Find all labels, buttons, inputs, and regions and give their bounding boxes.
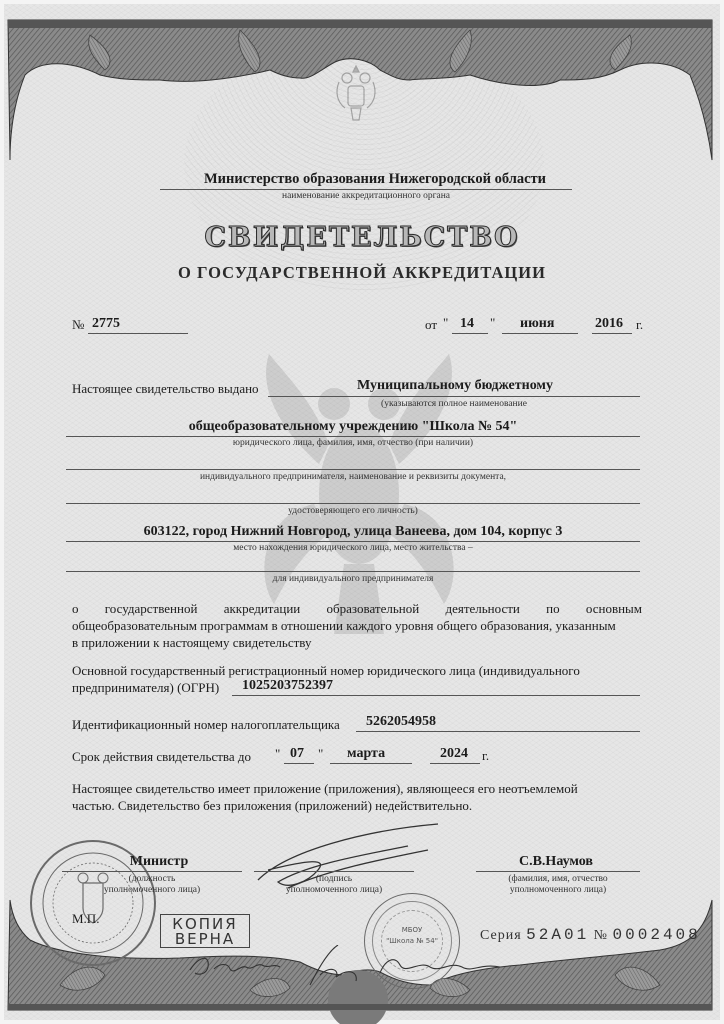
underline [330, 763, 412, 764]
underline [66, 436, 640, 437]
accreditation-text-line-3: в приложении к настоящему свидетельству [72, 634, 642, 651]
quote: " [318, 746, 323, 762]
signer-name: С.В.Наумов [476, 854, 636, 870]
caption: уполномоченного лица) [254, 885, 414, 895]
issuing-body-caption: наименование аккредитационного органа [160, 191, 572, 201]
underline [88, 333, 188, 334]
series-value: 52А01 [526, 926, 589, 944]
underline [66, 469, 640, 470]
appendix-note-line-1: Настоящее свидетельство имеет приложение… [72, 780, 642, 797]
caption: уполномоченного лица) [62, 885, 242, 895]
underline [284, 763, 314, 764]
document-title: СВИДЕТЕЛЬСТВО [0, 222, 724, 253]
issued-to-label: Настоящее свидетельство выдано [72, 381, 259, 397]
school-stamp-line-1: МБОУ [365, 926, 459, 934]
underline [430, 763, 480, 764]
school-stamp-line-2: "Школа № 54" [365, 937, 459, 945]
underline [66, 541, 640, 542]
year-suffix: г. [636, 317, 643, 333]
issue-year: 2016 [595, 316, 623, 332]
underline [254, 871, 414, 872]
underline [356, 731, 640, 732]
valid-until-year: 2024 [440, 746, 468, 762]
underline [160, 189, 572, 190]
quote: " [490, 315, 495, 331]
underline [66, 571, 640, 572]
caption: (фамилия, имя, отчество [476, 874, 640, 884]
underline [592, 333, 632, 334]
caption: (подпись [254, 874, 414, 884]
certified-copy-stamp: КОПИЯ ВЕРНА [160, 914, 250, 948]
coat-of-arms-icon [333, 62, 379, 124]
accreditation-text-line-1: о государственной аккредитации образоват… [72, 600, 642, 617]
caption: (должность [62, 874, 242, 884]
date-prefix: от [425, 317, 437, 333]
underline [502, 333, 578, 334]
quote: " [275, 746, 280, 762]
caption: юридического лица, фамилия, имя, отчеств… [66, 438, 640, 448]
quote: " [443, 315, 448, 331]
caption: уполномоченного лица) [476, 885, 640, 895]
caption: (указываются полное наименование [268, 399, 640, 409]
year-suffix: г. [482, 748, 489, 764]
ogrn-label-line-1: Основной государственный регистрационный… [72, 662, 642, 679]
recipient-line-2: общеобразовательному учреждению "Школа №… [66, 419, 640, 435]
director-handwriting [180, 945, 510, 990]
form-series: Серия 52А01 № 0002408 [480, 926, 701, 944]
inn-value: 5262054958 [366, 714, 436, 730]
issue-day: 14 [460, 316, 474, 332]
inn-label: Идентификационный номер налогоплательщик… [72, 716, 340, 733]
underline [62, 871, 242, 872]
caption: удостоверяющего его личность) [66, 506, 640, 516]
underline [476, 871, 640, 872]
caption: для индивидуального предпринимателя [66, 574, 640, 584]
underline [268, 396, 640, 397]
validity-label: Срок действия свидетельства до [72, 748, 251, 765]
accreditation-text-line-2: общеобразовательным программам в отношен… [72, 617, 642, 634]
appendix-note-line-2: частью. Свидетельство без приложения (пр… [72, 797, 642, 814]
valid-until-day: 07 [290, 746, 304, 762]
form-number-label: № [594, 928, 608, 943]
series-label: Серия [480, 928, 522, 943]
number-label: № [72, 317, 84, 333]
caption: место нахождения юридического лица, мест… [66, 543, 640, 553]
valid-until-month: марта [347, 746, 385, 762]
caption: индивидуального предпринимателя, наимено… [66, 472, 640, 482]
recipient-line-1: Муниципальному бюджетному [260, 378, 650, 394]
seal-place-label: М.П. [72, 911, 99, 927]
document-subtitle: О ГОСУДАРСТВЕННОЙ АККРЕДИТАЦИИ [0, 263, 724, 283]
underline [232, 695, 640, 696]
issuing-body-name: Министерство образования Нижегородской о… [180, 171, 570, 188]
underline [452, 333, 488, 334]
underline [66, 503, 640, 504]
issue-month: июня [520, 316, 554, 332]
certificate-number: 2775 [92, 316, 120, 332]
form-number-value: 0002408 [613, 926, 701, 944]
recipient-address: 603122, город Нижний Новгород, улица Ван… [66, 524, 640, 540]
ogrn-label-line-2: предпринимателя) (ОГРН) [72, 679, 219, 696]
ogrn-value: 1025203752397 [242, 678, 333, 694]
signer-position: Министр [100, 854, 218, 870]
